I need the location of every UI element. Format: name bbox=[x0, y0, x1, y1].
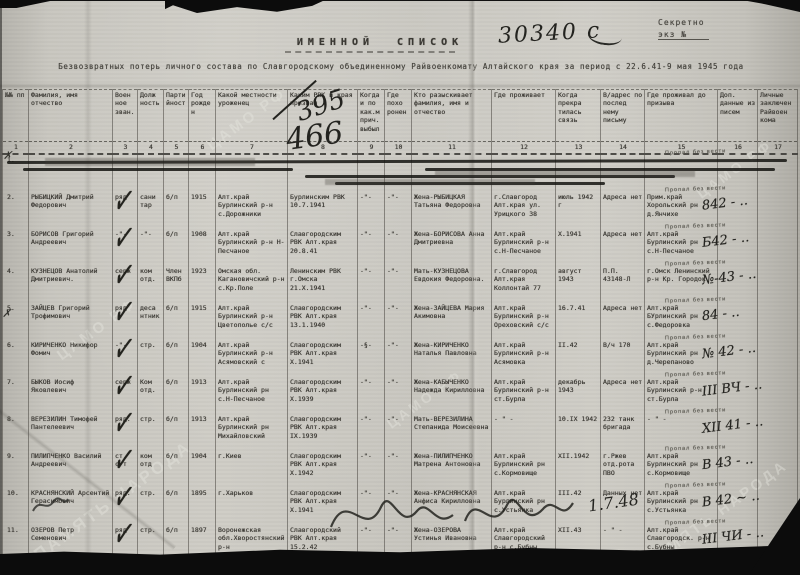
table-cell: Жена-КИРИЧЕНКО Наталья Павловна bbox=[412, 340, 492, 377]
table-cell: серж✓ bbox=[113, 377, 138, 414]
table-cell bbox=[358, 154, 385, 192]
table-cell: Адреса нет bbox=[601, 229, 645, 266]
table-cell: БЫКОВ Иосиф Яковлевич bbox=[29, 377, 113, 414]
column-header: Долж ность bbox=[138, 90, 164, 142]
table-cell: -"- bbox=[358, 414, 385, 451]
table-cell: -"-✓ bbox=[113, 340, 138, 377]
table-cell bbox=[385, 154, 412, 192]
table-cell: -"- bbox=[358, 303, 385, 340]
table-cell: -"- bbox=[385, 192, 412, 229]
table-cell: август 1943 bbox=[556, 266, 601, 303]
table-cell: г.Славгород Алт.края Коллонтай 77 bbox=[492, 266, 556, 303]
table-cell: -"- bbox=[385, 340, 412, 377]
table-cell: стр. bbox=[138, 414, 164, 451]
column-header: Кто разыскивает фамилия, имя и отчество bbox=[412, 90, 492, 142]
column-number: 12 bbox=[492, 142, 556, 155]
table-cell: 1923 bbox=[189, 266, 216, 303]
table-header-row: №№ ппФамилия, имя отчествоВоен ное зван.… bbox=[3, 90, 798, 142]
table-cell: БОРИСОВ Григорий Андреевич bbox=[29, 229, 113, 266]
secrecy-stamp: Секретно экз № bbox=[658, 17, 709, 41]
column-header: В/адрес по послед нему письму bbox=[601, 90, 645, 142]
table-cell bbox=[758, 266, 798, 303]
table-cell: 2. bbox=[3, 192, 29, 229]
table-cell: Бурлинским РВК 10.7.1941 bbox=[288, 192, 358, 229]
table-cell: 6. bbox=[3, 340, 29, 377]
column-header: Где похо ронен bbox=[385, 90, 412, 142]
table-cell: стр. bbox=[138, 340, 164, 377]
table-cell: Жена-РЫБИЦКАЯ Татьяна Федоровна bbox=[412, 192, 492, 229]
table-cell: деса нтник bbox=[138, 303, 164, 340]
column-header: Личные заключен Райвоен кома bbox=[758, 90, 798, 142]
table-cell: 232 танк бригада bbox=[601, 414, 645, 451]
table-cell: Мать-КУЗНЕЦОВА Евдокия Федоровна. bbox=[412, 266, 492, 303]
column-number: 9 bbox=[358, 142, 385, 155]
table-cell: Адреса нет bbox=[601, 192, 645, 229]
pen-cross-mark: ✗ bbox=[3, 149, 12, 162]
table-cell: б/п bbox=[164, 192, 189, 229]
table-cell: Адреса нет bbox=[601, 303, 645, 340]
column-number: 14 bbox=[601, 142, 645, 155]
table-cell: 1913 bbox=[189, 377, 216, 414]
table-cell: стр. bbox=[138, 488, 164, 525]
table-cell: Член ВКПб bbox=[164, 266, 189, 303]
pencil-scribble bbox=[30, 493, 70, 517]
table-cell: Алт.край Бурлинский рн с.Н-Песчаное bbox=[216, 377, 288, 414]
title-underline bbox=[285, 51, 455, 53]
column-number: 10 bbox=[385, 142, 412, 155]
table-cell: Алт.край Бурлинский рн Михайловский bbox=[216, 414, 288, 451]
table-cell: июль 1942 г bbox=[556, 192, 601, 229]
pen-cross-mark: ✗ bbox=[2, 307, 11, 320]
table-cell: 16.7.41 bbox=[556, 303, 601, 340]
table-cell: Алт.край Бурлинский р-н ст.Бурла bbox=[492, 377, 556, 414]
table-cell: б/п bbox=[164, 229, 189, 266]
table-cell: ст. с-т✓ bbox=[113, 451, 138, 488]
column-number: 17 bbox=[758, 142, 798, 155]
scan-edge-left bbox=[0, 0, 2, 575]
column-number: 7 bbox=[216, 142, 288, 155]
table-cell: -"- bbox=[358, 229, 385, 266]
pen-flourish bbox=[587, 25, 623, 48]
table-cell: б/п bbox=[164, 414, 189, 451]
table-cell: 1895 bbox=[189, 488, 216, 525]
table-cell bbox=[189, 154, 216, 192]
table-cell bbox=[758, 451, 798, 488]
table-cell: КИРИЧЕНКО Никифор Фомич bbox=[29, 340, 113, 377]
table-cell bbox=[758, 340, 798, 377]
table-cell: -"-✓ bbox=[113, 229, 138, 266]
table-cell: декабрь 1943 bbox=[556, 377, 601, 414]
table-cell: ПИЛИПЧЕНКО Василий Андреевич bbox=[29, 451, 113, 488]
table-cell: Славгородским РВК Алт.края X.1939 bbox=[288, 377, 358, 414]
table-cell: сани тар bbox=[138, 192, 164, 229]
table-cell: ЗАЙЦЕВ Григорий Трофимович bbox=[29, 303, 113, 340]
column-header: №№ пп bbox=[3, 90, 29, 142]
table-cell: Алт.край Бурлинский р-н Асямовский с bbox=[216, 340, 288, 377]
table-cell: Алт.край Бурлинский р-н Ореховский с/с bbox=[492, 303, 556, 340]
table-cell bbox=[216, 154, 288, 192]
table-cell: Алт.край Бурлинский р-н Н-Песчаное bbox=[216, 229, 288, 266]
table-cell: г.Ржев отд.рота ПВО bbox=[601, 451, 645, 488]
column-number: 5 bbox=[164, 142, 189, 155]
table-cell: ком отд. bbox=[138, 266, 164, 303]
table-cell: Алт.край Бурлинский р-н с.Дорожники bbox=[216, 192, 288, 229]
table-cell: -"- bbox=[385, 303, 412, 340]
table-cell: Жена-ЗАЙЦЕВА Мария Акимовна bbox=[412, 303, 492, 340]
handwritten-annotation: 84 - ‥ bbox=[701, 305, 741, 326]
table-cell: б/п bbox=[164, 340, 189, 377]
table-cell: 10.IX 1942 bbox=[556, 414, 601, 451]
table-cell: X.1941 bbox=[556, 229, 601, 266]
table-cell: 1915 bbox=[189, 303, 216, 340]
table-cell: 8. bbox=[3, 414, 29, 451]
table-cell: Славгородским РВК Алт.края 20.8.41 bbox=[288, 229, 358, 266]
column-header: Где проживает bbox=[492, 90, 556, 142]
table-cell: Славгородским РВК Алт.края IX.1939 bbox=[288, 414, 358, 451]
secrecy-stamp-line1: Секретно bbox=[658, 17, 709, 29]
document-title: ИМЕННОЙ СПИСОК bbox=[170, 37, 590, 48]
table-cell: 1913 bbox=[189, 414, 216, 451]
table-cell bbox=[29, 154, 113, 192]
table-cell: П.П. 43148-Л bbox=[601, 266, 645, 303]
table-cell bbox=[758, 192, 798, 229]
table-cell: -"- bbox=[385, 229, 412, 266]
table-cell: -"- bbox=[138, 229, 164, 266]
table-cell: 10. bbox=[3, 488, 29, 525]
table-cell: В/ч 170 bbox=[601, 340, 645, 377]
signature-flourish bbox=[325, 479, 575, 549]
table-cell bbox=[758, 229, 798, 266]
table-cell: Славгородским РВК Алт.края 13.1.1940 bbox=[288, 303, 358, 340]
table-cell: 1904 bbox=[189, 451, 216, 488]
table-cell: 1915 bbox=[189, 192, 216, 229]
table-cell: б/п bbox=[164, 377, 189, 414]
document-subtitle: Безвозвратных потерь личного состава по … bbox=[38, 62, 764, 71]
column-header: Где проживал до призыва bbox=[645, 90, 718, 142]
column-number: 4 bbox=[138, 142, 164, 155]
table-cell: б/п bbox=[164, 303, 189, 340]
column-number: 6 bbox=[189, 142, 216, 155]
table-cell: -"- bbox=[358, 192, 385, 229]
table-cell: Мать-ВЕРЕЗИЛИНА Степанида Моисеевна bbox=[412, 414, 492, 451]
table-cell: г.Киев bbox=[216, 451, 288, 488]
table-cell: -"- bbox=[385, 377, 412, 414]
column-number: 3 bbox=[113, 142, 138, 155]
table-cell: ВЕРЕЗИЛИН Тимофей Пантелеевич bbox=[29, 414, 113, 451]
table-cell: II.42 bbox=[556, 340, 601, 377]
table-cell bbox=[138, 154, 164, 192]
document-paper: ЦАМО РФ ЦАМО РФ ЦАМО РФ ЦАМО РФ ПАМЯТЬ Н… bbox=[0, 1, 800, 575]
table-cell: 1908 bbox=[189, 229, 216, 266]
table-cell: ряд.✓ bbox=[113, 414, 138, 451]
table-cell: Алт.край Бурлинский р-н Цветополье с/с bbox=[216, 303, 288, 340]
table-cell: 3. bbox=[3, 229, 29, 266]
table-cell: г.Харьков bbox=[216, 488, 288, 525]
table-cell: 1904 bbox=[189, 340, 216, 377]
table-cell: б/п bbox=[164, 488, 189, 525]
table-cell bbox=[758, 303, 798, 340]
table-cell: -"- bbox=[358, 266, 385, 303]
table-cell bbox=[412, 154, 492, 192]
column-header: Год рожден bbox=[189, 90, 216, 142]
table-cell: КУЗНЕЦОВ Анатолий Дмитриевич. bbox=[29, 266, 113, 303]
table-cell: Алт.край Бурлинский р-н Асямовка bbox=[492, 340, 556, 377]
table-cell: ряд✓ bbox=[113, 303, 138, 340]
column-number: 2 bbox=[29, 142, 113, 155]
table-cell: Славгородским РВК Алт.края X.1941 bbox=[288, 340, 358, 377]
table-cell: Адреса нет bbox=[601, 377, 645, 414]
table-cell: 4. bbox=[3, 266, 29, 303]
column-number: 13 bbox=[556, 142, 601, 155]
table-cell: 7. bbox=[3, 377, 29, 414]
column-header: Парти йност bbox=[164, 90, 189, 142]
table-cell: ряд.✓ bbox=[113, 488, 138, 525]
table-cell: РЫБИЦКИЙ Дмитрий Федорович bbox=[29, 192, 113, 229]
table-cell bbox=[556, 154, 601, 192]
table-cell: -"- bbox=[358, 377, 385, 414]
table-cell bbox=[758, 154, 798, 192]
scanned-document: ЦАМО РФ ЦАМО РФ ЦАМО РФ ЦАМО РФ ПАМЯТЬ Н… bbox=[0, 0, 800, 575]
table-cell: -"- bbox=[385, 266, 412, 303]
table-cell: Ком отд. bbox=[138, 377, 164, 414]
table-cell: г.Славгород Алт.края ул. Урицкого 38 bbox=[492, 192, 556, 229]
column-header: Воен ное зван. bbox=[113, 90, 138, 142]
table-cell bbox=[492, 154, 556, 192]
table-cell: - " - bbox=[492, 414, 556, 451]
table-cell bbox=[113, 154, 138, 192]
column-header: Доп. данные из писем bbox=[718, 90, 758, 142]
secrecy-stamp-line2: экз № bbox=[658, 30, 709, 40]
table-cell: -§- bbox=[358, 340, 385, 377]
table-cell bbox=[601, 154, 645, 192]
column-number: 11 bbox=[412, 142, 492, 155]
table-cell: -"- bbox=[385, 414, 412, 451]
table-cell: Алт.край Бурлинский р-н с.Н-Песчаное bbox=[492, 229, 556, 266]
table-cell: б/п bbox=[164, 451, 189, 488]
table-cell: Жена-КАБЫЧЕНКО Надежда Кирилловна bbox=[412, 377, 492, 414]
table-cell bbox=[164, 154, 189, 192]
table-cell: Омская обл. Кагановичский р-н с.Кр.Поле bbox=[216, 266, 288, 303]
table-cell: ком отд bbox=[138, 451, 164, 488]
column-header: Когда прекра тилась связь bbox=[556, 90, 601, 142]
table-cell: Ленинским РВК г.Омска 21.X.1941 bbox=[288, 266, 358, 303]
table-cell: 9. bbox=[3, 451, 29, 488]
table-cell bbox=[758, 377, 798, 414]
table-cell: серж✓ bbox=[113, 266, 138, 303]
column-header: Фамилия, имя отчество bbox=[29, 90, 113, 142]
table-cell: ряд✓ bbox=[113, 192, 138, 229]
table-cell: Жена-БОРИСОВА Анна Дмитриевна bbox=[412, 229, 492, 266]
